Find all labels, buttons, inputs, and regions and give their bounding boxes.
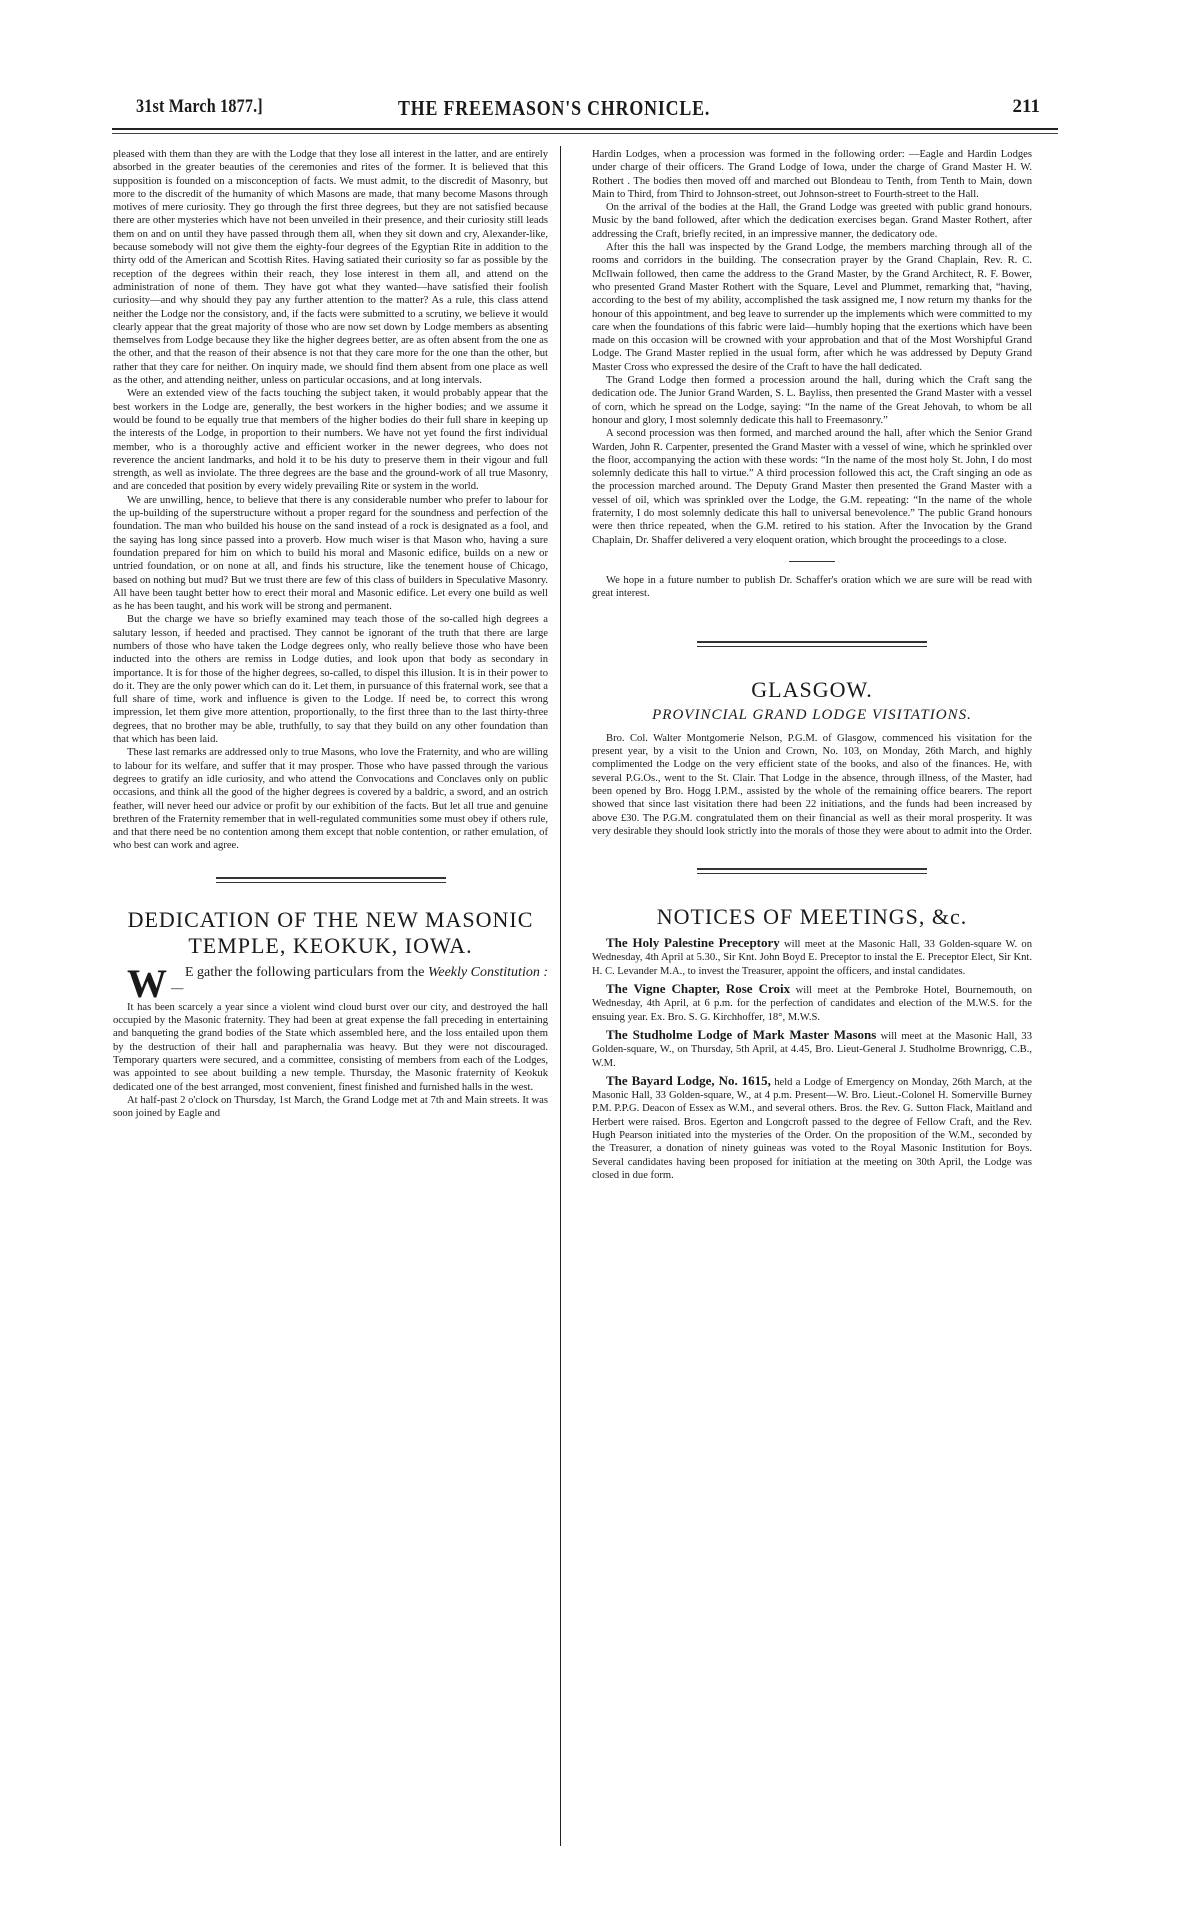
article-paragraph: Bro. Col. Walter Montgomerie Nelson, P.G… bbox=[592, 732, 1032, 838]
article-paragraph: At half-past 2 o'clock on Thursday, 1st … bbox=[113, 1094, 548, 1121]
article-paragraph: On the arrival of the bodies at the Hall… bbox=[592, 201, 1032, 241]
column-divider bbox=[560, 146, 561, 1846]
section-divider bbox=[697, 641, 927, 647]
notice-lead: The Holy Palestine Preceptory bbox=[606, 935, 780, 950]
notice-text: held a Lodge of Emergency on Monday, 26t… bbox=[592, 1077, 1032, 1181]
article-paragraph: We are unwilling, hence, to believe that… bbox=[113, 494, 548, 614]
notice-item: The Bayard Lodge, No. 1615, held a Lodge… bbox=[592, 1074, 1032, 1182]
right-column: Hardin Lodges, when a procession was for… bbox=[592, 148, 1032, 1182]
left-column: pleased with them than they are with the… bbox=[113, 148, 548, 1120]
notice-lead: The Vigne Chapter, Rose Croix bbox=[606, 981, 790, 996]
dedication-intro: WE gather the following particulars from… bbox=[113, 965, 548, 997]
notice-lead: The Bayard Lodge, No. 1615, bbox=[606, 1073, 771, 1088]
page-header: 31st March 1877.] THE FREEMASON'S CHRONI… bbox=[116, 96, 1060, 124]
notice-item: The Holy Palestine Preceptory will meet … bbox=[592, 936, 1032, 978]
article-paragraph: Hardin Lodges, when a procession was for… bbox=[592, 148, 1032, 201]
notices-heading: NOTICES OF MEETINGS, &c. bbox=[592, 904, 1032, 930]
page-number: 211 bbox=[1013, 96, 1040, 118]
article-paragraph: A second procession was then formed, and… bbox=[592, 427, 1032, 547]
section-divider bbox=[697, 868, 927, 874]
dedication-heading: DEDICATION OF THE NEW MASONIC TEMPLE, KE… bbox=[113, 907, 548, 959]
drop-cap: W bbox=[113, 967, 167, 1001]
article-paragraph: But the charge we have so briefly examin… bbox=[113, 613, 548, 746]
glasgow-subheading: PROVINCIAL GRAND LODGE VISITATIONS. bbox=[592, 709, 1032, 722]
short-rule bbox=[789, 561, 835, 562]
section-divider bbox=[216, 877, 446, 883]
glasgow-heading: GLASGOW. bbox=[592, 677, 1032, 703]
notice-item: The Studholme Lodge of Mark Master Mason… bbox=[592, 1028, 1032, 1070]
intro-text: E gather the following particulars from … bbox=[185, 965, 428, 980]
article-paragraph: pleased with them than they are with the… bbox=[113, 148, 548, 387]
article-paragraph: The Grand Lodge then formed a procession… bbox=[592, 374, 1032, 427]
article-paragraph: These last remarks are addressed only to… bbox=[113, 746, 548, 852]
notice-lead: The Studholme Lodge of Mark Master Mason… bbox=[606, 1027, 876, 1042]
issue-date: 31st March 1877.] bbox=[136, 96, 263, 118]
closing-note: We hope in a future number to publish Dr… bbox=[592, 574, 1032, 601]
header-rule bbox=[112, 128, 1058, 134]
article-paragraph: It has been scarcely a year since a viol… bbox=[113, 1001, 548, 1094]
notice-item: The Vigne Chapter, Rose Croix will meet … bbox=[592, 982, 1032, 1024]
article-paragraph: Were an extended view of the facts touch… bbox=[113, 387, 548, 493]
publication-title: THE FREEMASON'S CHRONICLE. bbox=[398, 96, 710, 121]
article-paragraph: After this the hall was inspected by the… bbox=[592, 241, 1032, 374]
